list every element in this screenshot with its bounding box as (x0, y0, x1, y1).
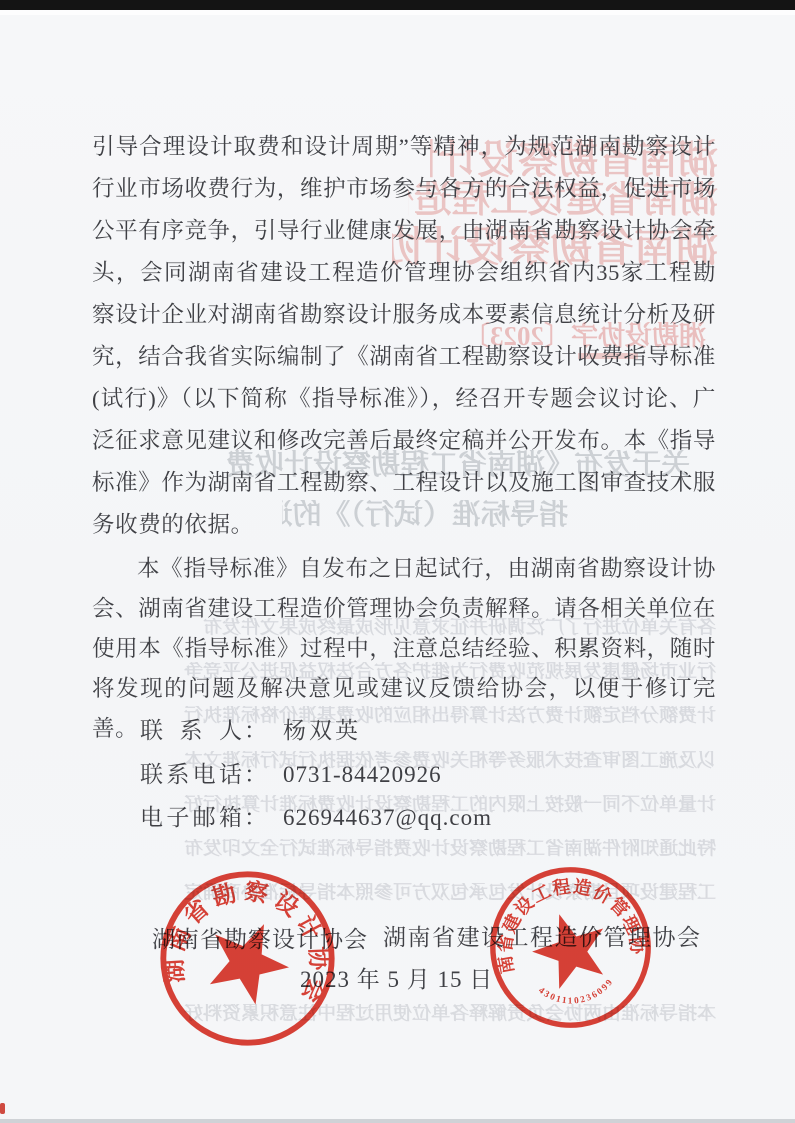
scanned-document-page: 湖南省勘察设计协会 湖南省建设工程造价管理协会 湖南省勘察设计协会文件 湘勘设协… (0, 0, 795, 1123)
contact-person-row: 联系人：杨双英 (140, 712, 361, 745)
contact-colon: ： (244, 712, 267, 745)
contact-email-label: 电子邮箱 (140, 799, 242, 832)
contact-colon: ： (244, 756, 267, 789)
body-paragraph-1: 引导合理设计取费和设计周期”等精神，为规范湖南勘察设计行业市场收费行为，维护市场… (92, 126, 716, 546)
scan-edge-top (0, 0, 795, 10)
seal-star-icon (524, 903, 617, 994)
contact-phone-value: 0731-84420926 (283, 762, 442, 788)
contact-email-value: 626944637@qq.com (283, 805, 492, 831)
official-seal-left: 湖南省勘察设计协会 (143, 854, 353, 1064)
scan-edge-bottom (0, 1119, 795, 1123)
contact-email-row: 电子邮箱：626944637@qq.com (140, 799, 492, 832)
contact-colon: ： (244, 799, 267, 832)
contact-person-label: 联系人 (140, 712, 242, 745)
contact-person-value: 杨双英 (283, 712, 361, 745)
contact-phone-label: 联系电话 (140, 756, 242, 789)
scan-artifact-speck (0, 1103, 5, 1114)
svg-text:4301110236099: 4301110236099 (536, 975, 618, 1011)
contact-phone-row: 联系电话：0731-84420926 (140, 756, 442, 789)
seal-number: 4301110236099 (536, 975, 618, 1011)
seal-star-icon (196, 908, 301, 1011)
official-seal-right: 湖南省建设工程造价管理协会 4301110236099 (476, 853, 665, 1042)
